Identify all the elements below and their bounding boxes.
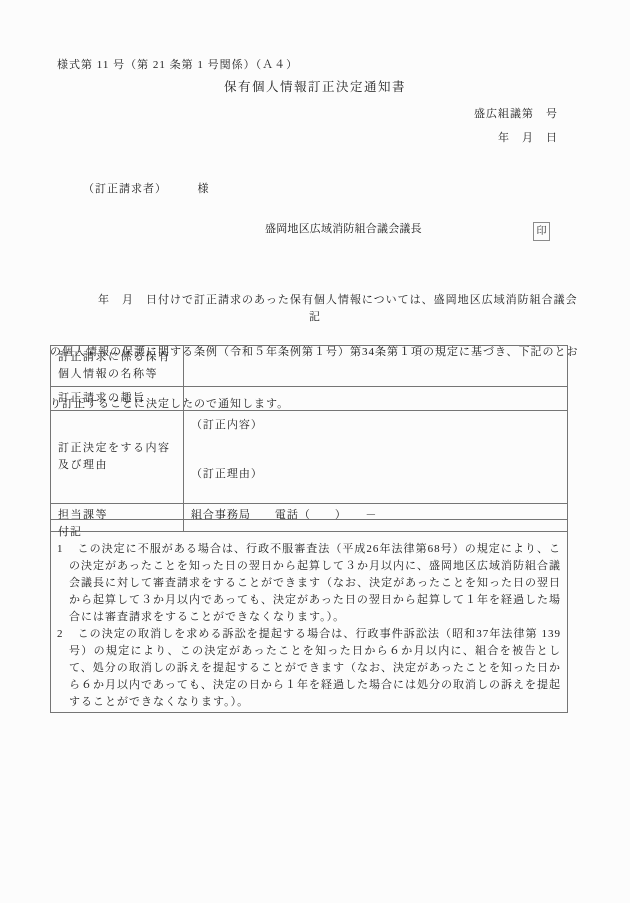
sender-title: 盛岡地区広域消防組合議会議長 — [265, 220, 422, 236]
appendix-heading: 付記 — [58, 524, 561, 541]
page-title: 保有個人情報訂正決定通知書 — [0, 77, 630, 95]
appendix-item-text: この決定に不服がある場合は、行政不服審査法（平成26年法律第68号）の規定により… — [69, 543, 561, 623]
table-row-decision-content: 訂正決定をする内容 及び理由 （訂正内容） （訂正理由） — [51, 411, 568, 504]
row-label: 訂正請求の趣旨 — [51, 387, 184, 411]
row-value — [183, 346, 567, 387]
ki-heading: 記 — [0, 308, 630, 324]
appendix-item-number: 1 — [57, 543, 78, 555]
appendix-item-2: 2この決定の取消しを求める訴訟を提起する場合は、行政事件訴訟法（昭和37年法律第… — [57, 626, 561, 711]
document-number-line: 盛広組議第 号 — [474, 105, 558, 121]
decision-table: 訂正請求に係る保有 個人情報の名称等 訂正請求の趣旨 訂正決定をする内容 及び理… — [50, 345, 568, 532]
appendix-item-text: この決定の取消しを求める訴訟を提起する場合は、行政事件訴訟法（昭和37年法律第 … — [69, 628, 561, 708]
correction-reason-label: （訂正理由） — [191, 466, 564, 483]
date-line: 年 月 日 — [498, 129, 558, 145]
row-value: （訂正内容） （訂正理由） — [183, 411, 567, 504]
table-row-request-purpose: 訂正請求の趣旨 — [51, 387, 568, 411]
correction-content-label: （訂正内容） — [191, 417, 564, 434]
form-number: 様式第 11 号（第 21 条第 1 号関係）（Ａ４） — [57, 56, 298, 72]
appendix-box: 付記 1この決定に不服がある場合は、行政不服審査法（平成26年法律第68号）の規… — [50, 519, 568, 713]
row-label: 訂正決定をする内容 及び理由 — [51, 411, 184, 504]
row-value — [183, 387, 567, 411]
document-page: 様式第 11 号（第 21 条第 1 号関係）（Ａ４） 保有個人情報訂正決定通知… — [0, 0, 630, 903]
seal-stamp-box: 印 — [533, 222, 550, 241]
appendix-item-1: 1この決定に不服がある場合は、行政不服審査法（平成26年法律第68号）の規定によ… — [57, 541, 561, 626]
row-label: 訂正請求に係る保有 個人情報の名称等 — [51, 346, 184, 387]
appendix-item-number: 2 — [57, 628, 78, 640]
table-row-personal-info-name: 訂正請求に係る保有 個人情報の名称等 — [51, 346, 568, 387]
addressee-line: （訂正請求者） 様 — [83, 180, 210, 196]
